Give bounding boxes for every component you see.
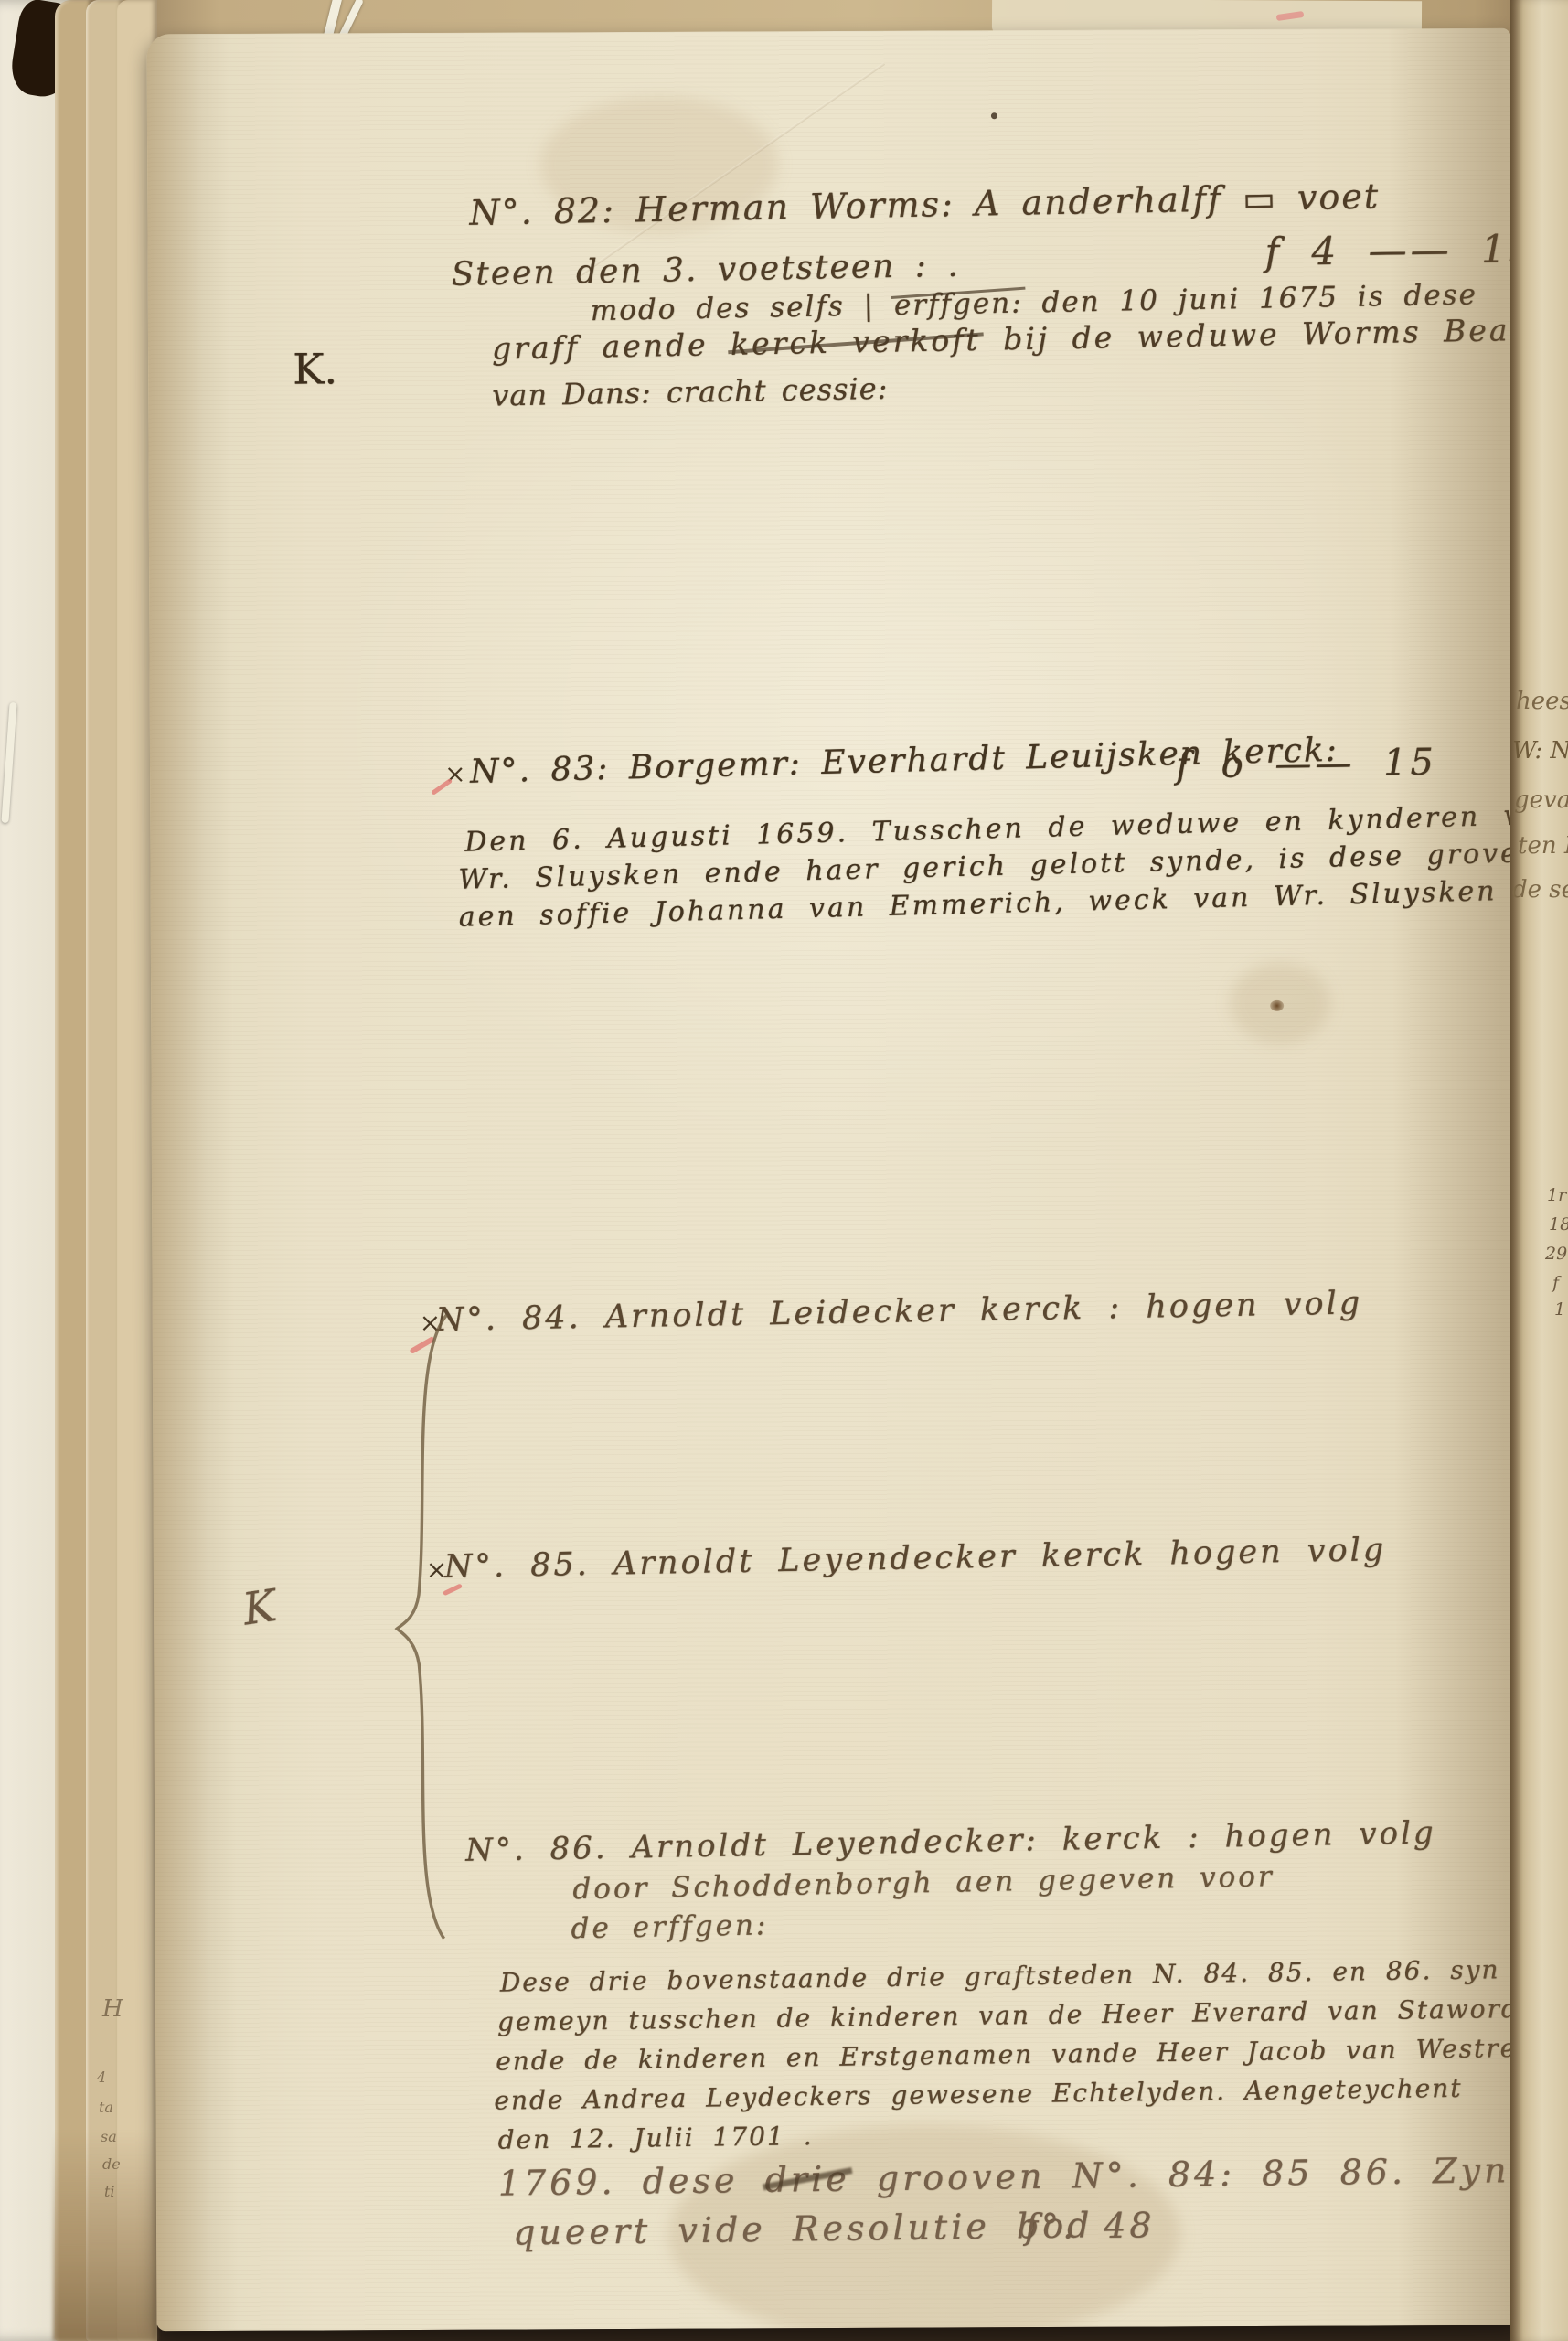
margin-letter-k-lower: K — [240, 1580, 280, 1636]
entry-82-line-4-text: bij de weduwe Worms Beatrix — [1003, 311, 1521, 357]
note-1769-line-1: 1769. dese drie grooven N°. 84: 85 86. Z… — [497, 2148, 1520, 2204]
entry-82-line-2: Steen den 3. voetsteen : . — [451, 247, 960, 294]
adjacent-page-number-fragment: 29 — [1545, 1244, 1567, 1264]
adjacent-page-number-fragment: f — [1552, 1273, 1559, 1293]
note-1769-line-1-text: grooven N°. 84: 85 86. Zyn gecon — [876, 2148, 1520, 2198]
entry-86-line-1: N°. 86. Arnoldt Leyendecker: kerck : hog… — [465, 1814, 1436, 1868]
entry-85-line-1: N°. 85. Arnoldt Leyendecker kerck hogen … — [443, 1532, 1386, 1586]
manuscript-photo: N°. 82: Herman Worms: A anderhalff ▭ voe… — [0, 0, 1568, 2341]
entry-83-price: f o —— 15 — [1176, 742, 1438, 787]
red-ink-mark — [431, 778, 453, 796]
red-ink-mark — [409, 1336, 435, 1354]
adjacent-page-number-fragment: 18 — [1549, 1214, 1568, 1235]
paper-crease — [580, 62, 885, 276]
note-1701-line-4: ende Andrea Leydeckers gewesene Echtelyd… — [494, 2073, 1462, 2116]
entry-83-line-4: aen soffie Johanna van Emmerich, weck va… — [458, 871, 1520, 934]
note-1769-line-2: queert vide Resolutie bod — [513, 2205, 1093, 2252]
entry-82-struck-word: erffgen: — [894, 286, 1023, 322]
adjacent-page-fragment: de sele — [1512, 876, 1568, 903]
red-ink-mark — [443, 1583, 463, 1596]
note-1769-struck-word: drie — [764, 2159, 850, 2200]
note-1701-line-5: den 12. Julii 1701 . — [497, 2121, 813, 2155]
edge-mark: sa — [101, 2128, 117, 2145]
edge-mark: ti — [104, 2183, 115, 2200]
note-1769-folio-ref: f°. 48 — [1025, 2205, 1156, 2247]
grouping-brace — [389, 1311, 457, 1942]
adjacent-page-number-fragment: 1 — [1554, 1299, 1565, 1320]
entry-83-line-1: N°. 83: Borgemr: Everhardt Leuijsken ker… — [470, 732, 1339, 791]
adjacent-page-fragment: ten F — [1518, 832, 1568, 860]
adjacent-page-fragment: gevall — [1514, 786, 1568, 814]
entry-82-line-4: graff aende kerck verkoft bij de weduwe … — [492, 311, 1521, 367]
entry-82-line-3: modo des selfs | erffgen: den 10 juni 16… — [591, 278, 1478, 327]
note-1769-line-1-text: 1769. dese — [497, 2160, 738, 2203]
entry-82-line-3-text: modo des selfs | — [591, 289, 876, 327]
adjacent-page-number-fragment: 1r — [1547, 1185, 1566, 1205]
entry-82-line-5: van Dans: cracht cessie: — [492, 371, 889, 413]
ink-blot — [991, 112, 997, 119]
adjacent-page-fragment: heese — [1516, 688, 1568, 715]
entry-83-line-3: Wr. Sluysken ende haer gerich gelott syn… — [458, 833, 1520, 896]
margin-letter-k-upper: K. — [293, 344, 337, 393]
note-1701-line-3: ende de kinderen en Erstgenamen vande He… — [496, 2032, 1520, 2076]
entry-84-line-1: N°. 84. Arnoldt Leidecker kerck : hogen … — [435, 1285, 1362, 1339]
manuscript-page: N°. 82: Herman Worms: A anderhalff ▭ voe… — [147, 28, 1521, 2331]
entry-82-line-4-text: graff aende — [492, 326, 709, 366]
entry-82-line-1: N°. 82: Herman Worms: A anderhalff ▭ voe… — [469, 176, 1380, 232]
stain — [540, 95, 779, 233]
edge-mark: ta — [99, 2099, 113, 2116]
adjacent-page-edge: heese W: Non gevall ten F de sele 1r 18 … — [1510, 0, 1568, 2341]
cross-mark-83: × — [444, 759, 466, 789]
entry-83-line-2: Den 6. Augusti 1659. Tusschen de weduwe … — [464, 797, 1521, 858]
entry-82-price: f 4 —— 15 — [1264, 226, 1520, 274]
cross-mark-85: × — [426, 1555, 448, 1585]
entry-82-line-3-text: den 10 juni 1675 is dese — [1041, 278, 1477, 319]
adjacent-page-fragment: W: Non — [1512, 737, 1568, 764]
edge-mark: 4 — [97, 2068, 106, 2086]
entry-86-line-3: de erffgen: — [571, 1908, 768, 1945]
ink-blot — [1270, 1000, 1284, 1011]
note-1701-line-2: gemeyn tusschen de kinderen van de Heer … — [497, 1994, 1521, 2037]
entry-82-struck-words: kerck verkoft — [731, 322, 981, 362]
stain — [1230, 962, 1330, 1044]
edge-mark-h: H — [102, 1995, 123, 2023]
entry-86-line-2: door Schoddenborgh aen gegeven voor — [572, 1860, 1275, 1906]
cross-mark-84: × — [420, 1308, 442, 1338]
stain — [668, 2123, 1181, 2331]
edge-mark: de — [102, 2155, 121, 2173]
note-1701-line-1: Dese drie bovenstaande drie graftsteden … — [500, 1954, 1500, 1997]
